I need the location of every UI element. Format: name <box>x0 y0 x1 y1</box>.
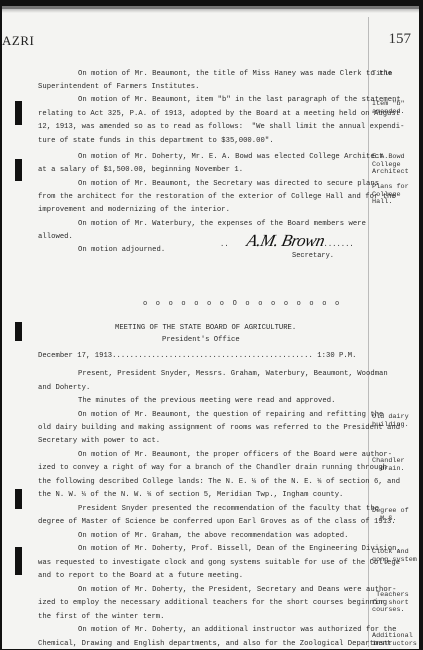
margin-note: Item "b" amended. <box>372 101 405 116</box>
text-line: relating to Act 325, P.A. of 1913, adopt… <box>38 110 400 118</box>
text-line: 12, 1913, was amended so as to read as f… <box>38 123 405 131</box>
text-line: On motion of Mr. Doherty, Prof. Bissell,… <box>78 545 401 553</box>
text-line: and to report to the Board at a future m… <box>38 572 243 580</box>
margin-note: Additional instructors <box>372 633 417 648</box>
text-line: allowed. <box>38 233 73 241</box>
margin-note: Old dairy building. <box>372 414 409 429</box>
text-line: improvement and modernizing of the inter… <box>38 206 230 214</box>
text-line: and Doherty. <box>38 384 90 392</box>
text-line: The minutes of the previous meeting were… <box>78 397 335 405</box>
page-number: 157 <box>389 31 412 48</box>
margin-note: Degree of M.S. <box>372 508 409 523</box>
text-line: On motion of Mr. Graham, the above recom… <box>78 532 349 540</box>
text-line: On motion of Mr. Beaumont, the title of … <box>78 70 392 78</box>
text-line: On motion adjourned. <box>78 246 165 254</box>
text-line: ized to convey a right of way for a bran… <box>38 464 387 472</box>
text-line: ture of state funds in this department t… <box>38 137 274 145</box>
document-page: AZRI 157 On motion of Mr. Beaumont, the … <box>2 6 419 649</box>
margin-note: Clock and gong system <box>372 549 417 564</box>
index-bar <box>15 101 22 125</box>
text-line: President Snyder presented the recommend… <box>78 505 379 513</box>
signature-title: Secretary. <box>292 252 334 260</box>
signature: A.M. Brown <box>245 231 326 251</box>
meeting-date-line: December 17, 1913.......................… <box>38 352 357 360</box>
text-line: degree of Master of Science be conferred… <box>38 518 396 526</box>
text-line: old dairy building and making assignment… <box>38 424 400 432</box>
meeting-title: MEETING OF THE STATE BOARD OF AGRICULTUR… <box>115 324 296 332</box>
text-line: the N. W. ¼ of the N. W. ¼ of section 5,… <box>38 491 343 499</box>
section-divider: o o o o o o o O o o o o o o o o <box>143 300 341 308</box>
margin-note: Teachers for short courses. <box>372 592 409 615</box>
index-bar <box>15 489 22 509</box>
text-line: the first of the winter term. <box>38 613 165 621</box>
text-line: was requested to investigate clock and g… <box>38 559 400 567</box>
text-line: at a salary of $1,500.00, beginning Nove… <box>38 166 243 174</box>
page-edge-shadow <box>2 9 419 13</box>
text-line: On motion of Mr. Beaumont, the Secretary… <box>78 180 379 188</box>
index-bar <box>15 547 22 575</box>
text-line: Present, President Snyder, Messrs. Graha… <box>78 370 388 378</box>
margin-note: Chandler drain. <box>372 458 405 473</box>
text-line: On motion of Mr. Waterbury, the expenses… <box>78 220 366 228</box>
text-line: On motion of Mr. Doherty, Mr. E. A. Bowd… <box>78 153 383 161</box>
text-line: On motion of Mr. Beaumont, the proper of… <box>78 451 392 459</box>
text-line: the following described College lands: T… <box>38 478 400 486</box>
text-line: On motion of Mr. Beaumont, the question … <box>78 411 383 419</box>
text-line: On motion of Mr. Doherty, an additional … <box>78 626 397 634</box>
text-line: Secretary with power to act. <box>38 437 160 445</box>
index-bar <box>15 159 22 181</box>
text-line: Chemical, Drawing and English department… <box>38 640 391 648</box>
text-line: ized to employ the necessary additional … <box>38 599 387 607</box>
margin-note: Plans for College Hall. <box>372 184 409 207</box>
text-line: On motion of Mr. Doherty, the President,… <box>78 586 397 594</box>
text-line: from the architect for the restoration o… <box>38 193 396 201</box>
text-line: Superintendent of Farmers Institutes. <box>38 83 199 91</box>
header-left-mark: AZRI <box>2 33 34 49</box>
margin-note: E.A.Bowd College Architect <box>372 154 409 177</box>
margin-note: Title <box>372 71 392 79</box>
text-line: On motion of Mr. Beaumont, item "b" in t… <box>78 96 401 104</box>
index-bar <box>15 322 22 341</box>
meeting-location: President's Office <box>162 336 240 344</box>
